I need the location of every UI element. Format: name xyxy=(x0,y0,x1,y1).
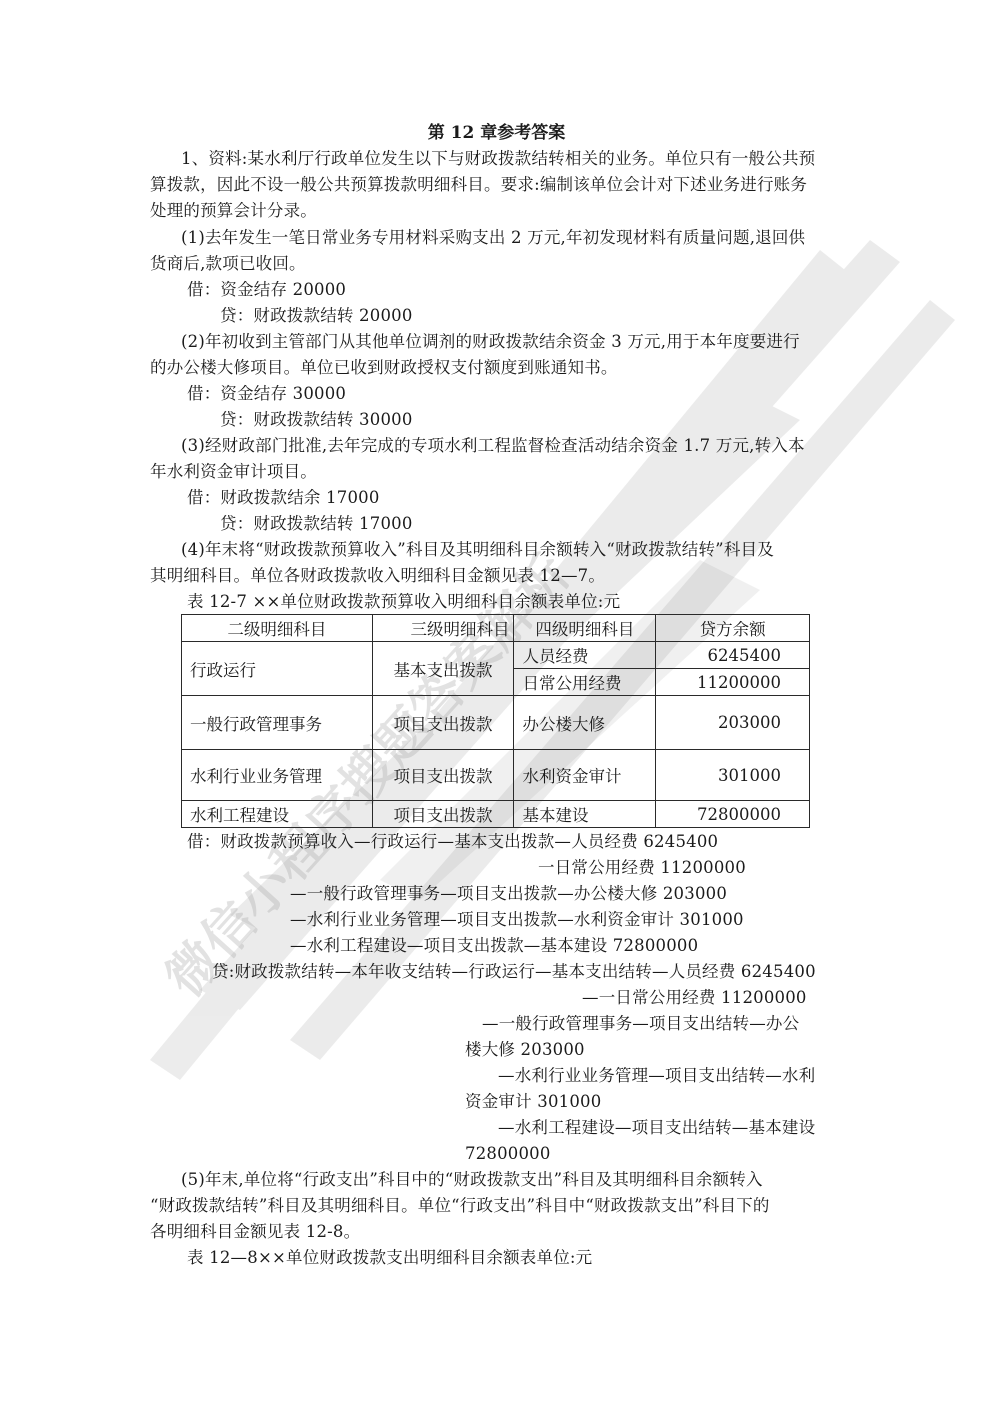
entry4-credit-5: —水利行业业务管理—项目支出结转—水利 xyxy=(498,1063,815,1089)
cell-level4: 基本建设 xyxy=(514,801,656,828)
item2-debit: 借：资金结存 30000 xyxy=(187,381,346,407)
cell-level4: 水利资金审计 xyxy=(514,750,656,801)
entry4-debit-1: 借：财政拨款预算收入—行政运行—基本支出拨款—人员经费 6245400 xyxy=(187,829,718,855)
cell-level2: 一般行政管理事务 xyxy=(182,696,373,750)
entry4-credit-2: —一日常公用经费 11200000 xyxy=(582,985,807,1011)
document-page: 第 12 章参考答案 1、资料:某水利厅行政单位发生以下与财政拨款结转相关的业务… xyxy=(0,0,993,1404)
entry4-credit-8: 72800000 xyxy=(465,1141,551,1167)
cell-amount: 301000 xyxy=(656,750,810,801)
item3-debit: 借：财政拨款结余 17000 xyxy=(187,485,380,511)
cell-level2: 水利行业业务管理 xyxy=(182,750,373,801)
entry4-credit-7: —水利工程建设—项目支出结转—基本建设 xyxy=(498,1115,815,1141)
cell-level4: 日常公用经费 xyxy=(514,669,656,696)
table-12-7: 二级明细科目 三级明细科目 四级明细科目 贷方余额 行政运行 基本支出拨款 人员… xyxy=(181,614,810,828)
cell-level2: 水利工程建设 xyxy=(182,801,373,828)
intro-line-3: 处理的预算会计分录。 xyxy=(150,198,317,224)
item5-text-3: 各明细科目金额见表 12-8。 xyxy=(150,1219,360,1245)
entry4-debit-3: —一般行政管理事务—项目支出拨款—办公楼大修 203000 xyxy=(290,881,727,907)
item2-text-1: (2)年初收到主管部门从其他单位调剂的财政拨款结余资金 3 万元,用于本年度要进… xyxy=(181,329,800,355)
cell-level4: 人员经费 xyxy=(514,642,656,669)
table-row: 水利行业业务管理 项目支出拨款 水利资金审计 301000 xyxy=(182,750,810,801)
entry4-credit-3: —一般行政管理事务—项目支出结转—办公 xyxy=(482,1011,799,1037)
cell-level2: 行政运行 xyxy=(182,642,373,696)
cell-level3: 项目支出拨款 xyxy=(372,750,514,801)
cell-amount: 72800000 xyxy=(656,801,810,828)
item3-text-2: 年水利资金审计项目。 xyxy=(150,459,317,485)
table-row: 行政运行 基本支出拨款 人员经费 6245400 xyxy=(182,642,810,669)
cell-amount: 6245400 xyxy=(656,642,810,669)
table-row: 一般行政管理事务 项目支出拨款 办公楼大修 203000 xyxy=(182,696,810,750)
cell-level3: 基本支出拨款 xyxy=(372,642,514,696)
item2-credit: 贷：财政拨款结转 30000 xyxy=(220,407,413,433)
item1-text-1: (1)去年发生一笔日常业务专用材料采购支出 2 万元,年初发现材料有质量问题,退… xyxy=(181,225,805,251)
entry4-credit-4: 楼大修 203000 xyxy=(465,1037,585,1063)
header-level3: 三级明细科目 xyxy=(372,615,514,642)
entry4-credit-1: 贷:财政拨款结转—本年收支结转—行政运行—基本支出结转—人员经费 6245400 xyxy=(212,959,816,985)
entry4-debit-5: —水利工程建设—项目支出拨款—基本建设 72800000 xyxy=(290,933,698,959)
table-row: 水利工程建设 项目支出拨款 基本建设 72800000 xyxy=(182,801,810,828)
item1-credit: 贷：财政拨款结转 20000 xyxy=(220,303,413,329)
cell-amount: 203000 xyxy=(656,696,810,750)
table-header-row: 二级明细科目 三级明细科目 四级明细科目 贷方余额 xyxy=(182,615,810,642)
cell-amount: 11200000 xyxy=(656,669,810,696)
item5-text-1: (5)年末,单位将“行政支出”科目中的“财政拨款支出”科目及其明细科目余额转入 xyxy=(181,1167,763,1193)
intro-line-2: 算拨款，因此不设一般公共预算拨款明细科目。要求:编制该单位会计对下述业务进行账务 xyxy=(150,172,807,198)
entry4-debit-2: 一日常公用经费 11200000 xyxy=(538,855,746,881)
table-12-7-caption: 表 12-7 ××单位财政拨款预算收入明细科目余额表单位:元 xyxy=(187,589,620,615)
header-level2: 二级明细科目 xyxy=(182,615,373,642)
item2-text-2: 的办公楼大修项目。单位已收到财政授权支付额度到账通知书。 xyxy=(150,355,618,381)
item3-credit: 贷：财政拨款结转 17000 xyxy=(220,511,413,537)
item1-debit: 借：资金结存 20000 xyxy=(187,277,346,303)
cell-level3: 项目支出拨款 xyxy=(372,696,514,750)
entry4-credit-6: 资金审计 301000 xyxy=(465,1089,601,1115)
item4-text-2: 其明细科目。单位各财政拨款收入明细科目金额见表 12—7。 xyxy=(150,563,605,589)
page-title: 第 12 章参考答案 xyxy=(0,120,993,146)
item4-text-1: (4)年末将“财政拨款预算收入”科目及其明细科目余额转入“财政拨款结转”科目及 xyxy=(181,537,774,563)
item1-text-2: 货商后,款项已收回。 xyxy=(150,251,306,277)
header-amount: 贷方余额 xyxy=(656,615,810,642)
table-12-8-caption: 表 12—8××单位财政拨款支出明细科目余额表单位:元 xyxy=(187,1245,592,1271)
cell-level3: 项目支出拨款 xyxy=(372,801,514,828)
entry4-debit-4: —水利行业业务管理—项目支出拨款—水利资金审计 301000 xyxy=(290,907,744,933)
cell-level4: 办公楼大修 xyxy=(514,696,656,750)
intro-line-1: 1、资料:某水利厅行政单位发生以下与财政拨款结转相关的业务。单位只有一般公共预 xyxy=(181,146,815,172)
item3-text-1: (3)经财政部门批准,去年完成的专项水利工程监督检查活动结余资金 1.7 万元,… xyxy=(181,433,805,459)
item5-text-2: “财政拨款结转”科目及其明细科目。单位“行政支出”科目中“财政拨款支出”科目下的 xyxy=(150,1193,770,1219)
header-level4: 四级明细科目 xyxy=(514,615,656,642)
